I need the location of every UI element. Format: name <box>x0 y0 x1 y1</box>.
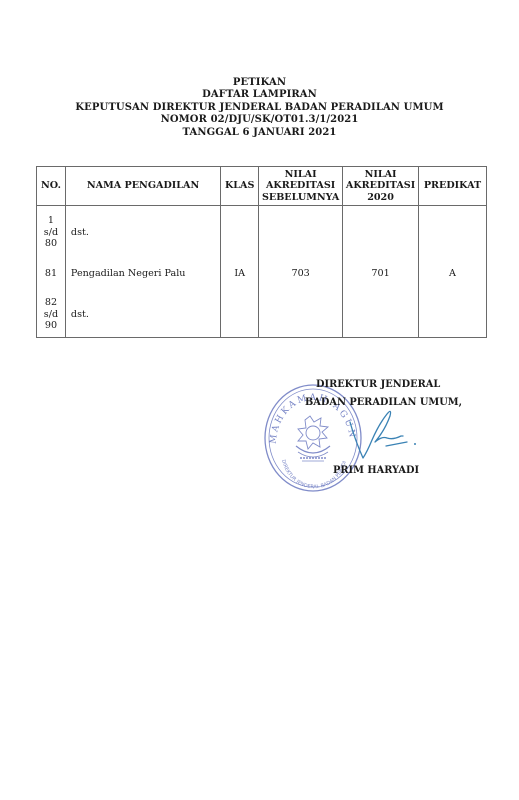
nilai-sebelumnya-column: 703 <box>259 206 343 338</box>
handwritten-signature-icon <box>345 400 440 470</box>
header-nomor: NOMOR 02/DJU/SK/OT01.3/1/2021 <box>0 114 519 126</box>
row-klas <box>221 212 258 253</box>
col-header-text: AKREDITASI <box>259 180 342 192</box>
header-daftar-lampiran: DAFTAR LAMPIRAN <box>0 89 519 101</box>
col-header-text: NILAI <box>343 169 418 181</box>
row-nama: Pengadilan Negeri Palu <box>66 253 220 294</box>
svg-text:DIREKTUR JENDERAL BADAN PERADI: DIREKTUR JENDERAL BADAN PERADILAN UMUM <box>262 382 348 490</box>
col-header-klas: KLAS <box>221 167 259 206</box>
header-tanggal: TANGGAL 6 JANUARI 2021 <box>0 127 519 139</box>
row-predikat <box>419 212 486 253</box>
no-column: 1 s/d 80 81 82 s/d 90 <box>37 206 66 338</box>
klas-column: IA <box>221 206 259 338</box>
svg-text:MAHKAMAH AGUNG: MAHKAMAH AGUNG <box>262 382 357 444</box>
col-header-text: NILAI <box>259 169 342 181</box>
row-no: s/d <box>44 309 58 321</box>
table-body-row: 1 s/d 80 81 82 s/d 90 <box>37 206 487 338</box>
row-nama: dst. <box>66 212 220 253</box>
row-predikat <box>419 294 486 335</box>
official-stamp-icon: MAHKAMAH AGUNG DIREKTUR JENDERAL BADAN P… <box>262 382 364 494</box>
signatory-name: PRIM HARYADI <box>333 465 419 476</box>
table-row-no-81: 81 <box>37 253 65 294</box>
row-nilai-sebelumnya: 703 <box>259 253 342 294</box>
row-nilai-sebelumnya <box>259 212 342 253</box>
row-no: s/d <box>44 227 58 239</box>
row-nilai-2020: 701 <box>343 253 418 294</box>
header-petikan: PETIKAN <box>0 77 519 89</box>
col-header-text: SEBELUMNYA <box>259 192 342 204</box>
signatory-title-2: BADAN PERADILAN UMUM, <box>305 397 462 408</box>
lampiran-table: NO. NAMA PENGADILAN KLAS NILAI AKREDITAS… <box>36 166 487 338</box>
col-header-predikat: PREDIKAT <box>419 167 487 206</box>
row-klas <box>221 294 258 335</box>
row-nilai-2020 <box>343 212 418 253</box>
row-nilai-sebelumnya <box>259 294 342 335</box>
predikat-column: A <box>419 206 487 338</box>
row-no: 90 <box>44 320 58 332</box>
table-header-row: NO. NAMA PENGADILAN KLAS NILAI AKREDITAS… <box>37 167 487 206</box>
nilai-2020-column: 701 <box>343 206 419 338</box>
stamp-bottom-text: DIREKTUR JENDERAL BADAN PERADILAN UMUM <box>262 382 348 490</box>
header-keputusan: KEPUTUSAN DIREKTUR JENDERAL BADAN PERADI… <box>0 102 519 114</box>
col-header-text: 2020 <box>343 192 418 204</box>
row-nama: dst. <box>66 294 220 335</box>
stamp-top-text: MAHKAMAH AGUNG <box>262 382 357 444</box>
row-no: 82 <box>44 297 58 309</box>
row-predikat: A <box>419 253 486 294</box>
row-nilai-2020 <box>343 294 418 335</box>
col-header-text: AKREDITASI <box>343 180 418 192</box>
col-header-nilai-sebelumnya: NILAI AKREDITASI SEBELUMNYA <box>259 167 343 206</box>
signatory-title-1: DIREKTUR JENDERAL <box>316 379 440 390</box>
col-header-nama-pengadilan: NAMA PENGADILAN <box>65 167 220 206</box>
document-header: PETIKAN DAFTAR LAMPIRAN KEPUTUSAN DIREKT… <box>0 77 519 139</box>
table-row-no-82: 82 s/d 90 <box>37 294 65 335</box>
row-no: 1 <box>44 215 58 227</box>
col-header-nilai-2020: NILAI AKREDITASI 2020 <box>343 167 419 206</box>
row-klas: IA <box>221 253 258 294</box>
col-header-no: NO. <box>37 167 66 206</box>
table-row-no-1: 1 s/d 80 <box>37 212 65 253</box>
nama-column: dst. Pengadilan Negeri Palu dst. <box>65 206 220 338</box>
row-no: 80 <box>44 238 58 250</box>
